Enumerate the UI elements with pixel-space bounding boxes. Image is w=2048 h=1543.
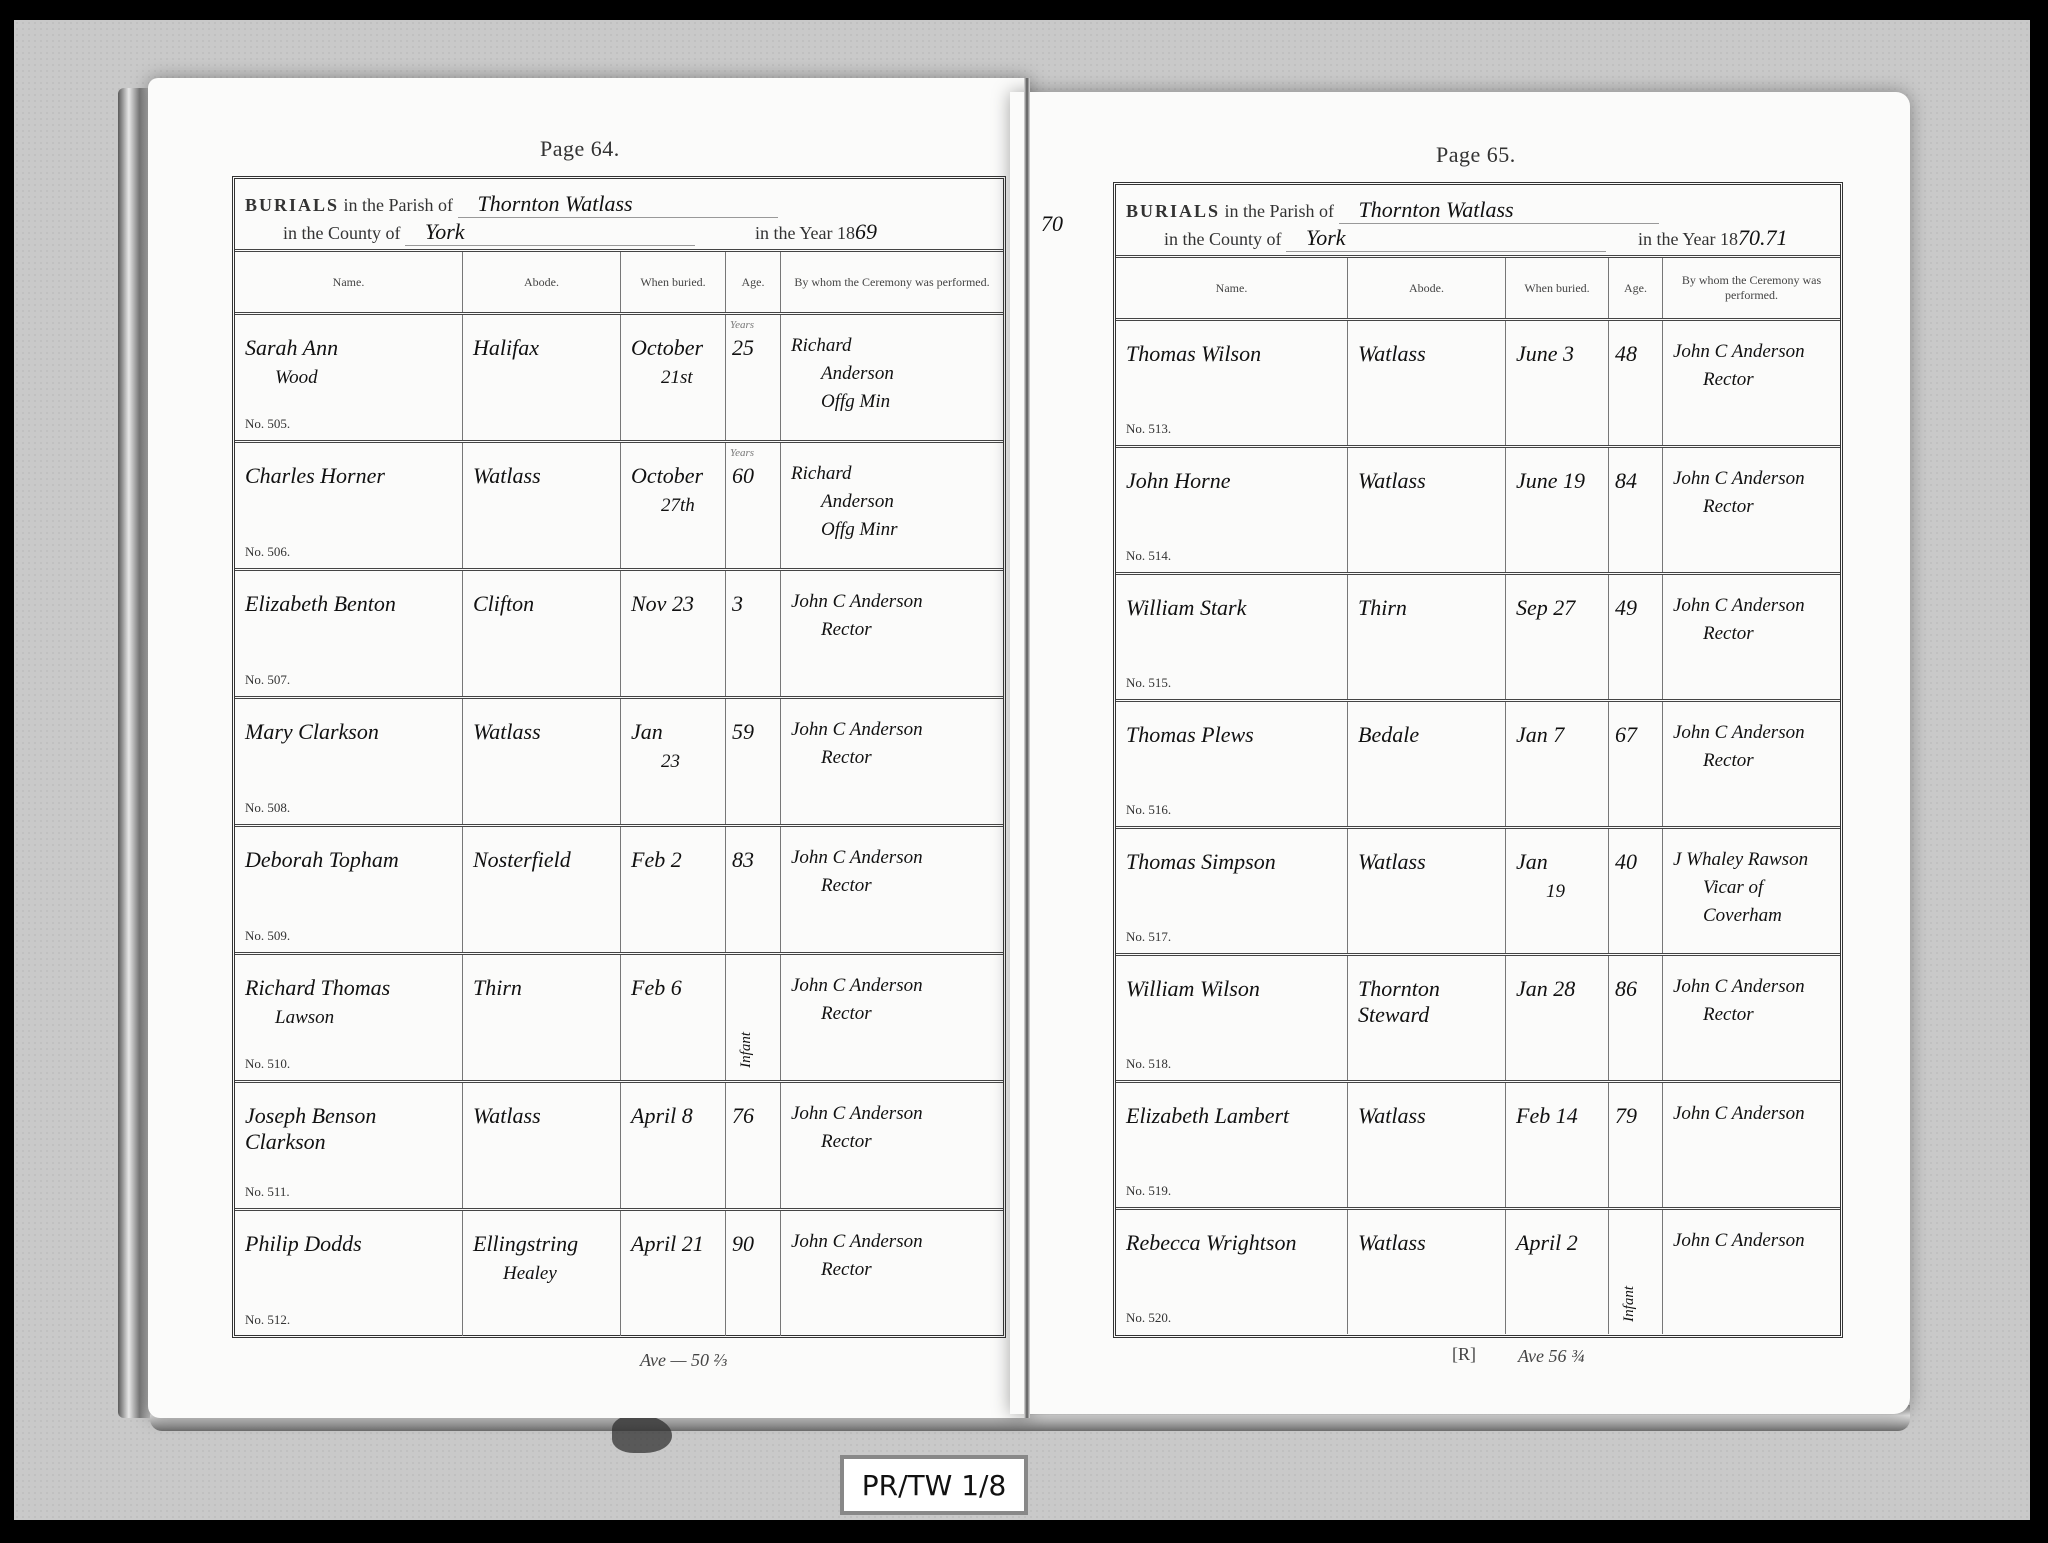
year-label: in the Year 18 <box>755 223 855 243</box>
burial-name: Joseph Benson Clarkson <box>245 1103 376 1154</box>
cell-age: 84 <box>1609 448 1663 572</box>
burial-name: Thomas Simpson <box>1126 849 1276 874</box>
cell-officiant: John C AndersonRector <box>781 571 1003 696</box>
table-row: Elizabeth LambertNo. 519.WatlassFeb 1479… <box>1116 1083 1840 1210</box>
burial-date: June 19 <box>1516 468 1585 493</box>
parish-label: in the Parish of <box>1225 201 1335 221</box>
burial-name: Philip Dodds <box>245 1231 362 1256</box>
col-officiant: By whom the Ceremony was performed. <box>1663 258 1840 318</box>
cell-age: 48 <box>1609 321 1663 445</box>
table-row: Philip DoddsNo. 512.EllingstringHealeyAp… <box>235 1211 1003 1336</box>
register-header: BURIALS in the Parish of Thornton Watlas… <box>1116 185 1840 258</box>
cell-when-buried: Feb 6 <box>621 955 726 1080</box>
table-row: Mary ClarksonNo. 508.WatlassJan2359John … <box>235 699 1003 827</box>
burial-date: October <box>631 335 703 360</box>
table-row: Thomas PlewsNo. 516.BedaleJan 767John C … <box>1116 702 1840 829</box>
burial-date-line2: 23 <box>631 751 717 773</box>
col-age: Age. <box>726 252 781 312</box>
burial-name: Thomas Plews <box>1126 722 1254 747</box>
cell-age: 59 <box>726 699 781 824</box>
table-row: John HorneNo. 514.WatlassJune 1984John C… <box>1116 448 1840 575</box>
burial-name-line2: Wood <box>245 367 454 389</box>
parish-value: Thornton Watlass <box>1339 197 1659 224</box>
age: 49 <box>1615 595 1637 620</box>
burial-name: Sarah Ann <box>245 335 338 360</box>
entry-number: No. 517. <box>1126 929 1171 945</box>
cell-age: 76 <box>726 1083 781 1208</box>
officiant-line2: Rector <box>1673 623 1832 645</box>
table-row: William StarkNo. 515.ThirnSep 2749John C… <box>1116 575 1840 702</box>
year-field: in the Year 1870.71 <box>1638 225 1788 251</box>
officiant-line2: Rector <box>791 1131 995 1153</box>
abode: Thirn <box>1358 595 1407 620</box>
officiant: John C Anderson <box>1673 468 1805 489</box>
abode: Watlass <box>1358 849 1426 874</box>
cell-abode: Watlass <box>1348 1083 1506 1207</box>
cell-officiant: John C AndersonRector <box>781 1083 1003 1208</box>
cell-when-buried: April 8 <box>621 1083 726 1208</box>
entry-number: No. 508. <box>245 800 290 816</box>
officiant: John C Anderson <box>1673 1103 1805 1124</box>
cell-when-buried: Jan 7 <box>1506 702 1609 826</box>
officiant: Richard <box>791 463 852 484</box>
burial-name: Mary Clarkson <box>245 719 379 744</box>
officiant-line3: Offg Minr <box>791 519 995 541</box>
abode: Nosterfield <box>473 847 571 872</box>
cell-name: William StarkNo. 515. <box>1116 575 1348 699</box>
officiant-line3: Coverham <box>1673 905 1832 927</box>
register-header: BURIALS in the Parish of Thornton Watlas… <box>235 179 1003 252</box>
age-note: Years <box>730 447 754 459</box>
cell-name: Thomas SimpsonNo. 517. <box>1116 829 1348 953</box>
col-name: Name. <box>1116 258 1348 318</box>
parish-value: Thornton Watlass <box>458 191 778 218</box>
officiant: Richard <box>791 335 852 356</box>
abode: Ellingstring <box>473 1231 578 1256</box>
burial-date: Jan <box>1516 849 1548 874</box>
cell-abode: Watlass <box>463 1083 621 1208</box>
officiant: John C Anderson <box>791 719 923 740</box>
cell-name: Sarah AnnWoodNo. 505. <box>235 315 463 440</box>
cell-when-buried: Feb 14 <box>1506 1083 1609 1207</box>
cell-when-buried: October21st <box>621 315 726 440</box>
burial-name: John Horne <box>1126 468 1230 493</box>
burial-date-line2: 19 <box>1516 881 1600 903</box>
table-row: Thomas SimpsonNo. 517.WatlassJan1940J Wh… <box>1116 829 1840 956</box>
age: 40 <box>1615 849 1637 874</box>
entry-number: No. 518. <box>1126 1056 1171 1072</box>
cell-age: Infant <box>726 955 781 1080</box>
cell-officiant: John C Anderson <box>1663 1210 1840 1334</box>
abode: Watlass <box>1358 341 1426 366</box>
cell-officiant: John C AndersonRector <box>1663 702 1840 826</box>
cell-abode: Watlass <box>1348 829 1506 953</box>
age-note: Infant <box>1621 1286 1638 1322</box>
cell-name: Philip DoddsNo. 512. <box>235 1211 463 1336</box>
cell-age: 40 <box>1609 829 1663 953</box>
abode-line2: Healey <box>473 1263 612 1285</box>
cell-abode: Halifax <box>463 315 621 440</box>
register-rows: Sarah AnnWoodNo. 505.HalifaxOctober21st2… <box>235 315 1003 1336</box>
entry-number: No. 511. <box>245 1184 290 1200</box>
printer-mark: [R] <box>1452 1344 1476 1365</box>
cell-officiant: John C Anderson <box>1663 1083 1840 1207</box>
burial-date-line2: 21st <box>631 367 717 389</box>
cell-name: John HorneNo. 514. <box>1116 448 1348 572</box>
cell-when-buried: Feb 2 <box>621 827 726 952</box>
burial-date: October <box>631 463 703 488</box>
cell-abode: Thornton Steward <box>1348 956 1506 1080</box>
county-value: York <box>1286 225 1606 252</box>
burial-date: Nov 23 <box>631 591 694 616</box>
register-rows: Thomas WilsonNo. 513.WatlassJune 348John… <box>1116 321 1840 1334</box>
officiant: John C Anderson <box>791 1103 923 1124</box>
burial-name: William Stark <box>1126 595 1246 620</box>
table-row: Charles HornerNo. 506.WatlassOctober27th… <box>235 443 1003 571</box>
abode: Thornton Steward <box>1358 976 1440 1027</box>
age: 86 <box>1615 976 1637 1001</box>
col-age: Age. <box>1609 258 1663 318</box>
age: 90 <box>732 1231 754 1256</box>
table-row: William WilsonNo. 518.Thornton StewardJa… <box>1116 956 1840 1083</box>
book-gutter <box>1024 78 1030 1418</box>
cell-name: Mary ClarksonNo. 508. <box>235 699 463 824</box>
officiant: John C Anderson <box>791 1231 923 1252</box>
entry-number: No. 507. <box>245 672 290 688</box>
cell-age: 3 <box>726 571 781 696</box>
officiant-line2: Rector <box>1673 750 1832 772</box>
cell-age: 86 <box>1609 956 1663 1080</box>
officiant: John C Anderson <box>791 847 923 868</box>
col-when-buried: When buried. <box>1506 258 1609 318</box>
cell-age: 25Years <box>726 315 781 440</box>
abode: Watlass <box>473 719 541 744</box>
officiant-line2: Anderson <box>791 491 995 513</box>
officiant: John C Anderson <box>1673 976 1805 997</box>
year-margin-note: 70 <box>1041 211 1063 237</box>
cell-officiant: John C AndersonRector <box>1663 321 1840 445</box>
officiant-line2: Rector <box>791 1259 995 1281</box>
cell-abode: Watlass <box>1348 321 1506 445</box>
cell-age: 49 <box>1609 575 1663 699</box>
year-label: in the Year 18 <box>1638 229 1738 249</box>
burial-name-line2: Lawson <box>245 1007 454 1029</box>
cell-name: William WilsonNo. 518. <box>1116 956 1348 1080</box>
burial-name: Elizabeth Benton <box>245 591 396 616</box>
cell-when-buried: April 21 <box>621 1211 726 1336</box>
burial-name: Charles Horner <box>245 463 385 488</box>
entry-number: No. 509. <box>245 928 290 944</box>
abode: Thirn <box>473 975 522 1000</box>
abode: Watlass <box>1358 1230 1426 1255</box>
officiant-line2: Rector <box>791 1003 995 1025</box>
county-value: York <box>405 219 695 246</box>
cell-name: Elizabeth BentonNo. 507. <box>235 571 463 696</box>
burial-name: Thomas Wilson <box>1126 341 1261 366</box>
age: 60 <box>732 463 754 488</box>
cell-when-buried: Jan19 <box>1506 829 1609 953</box>
burial-date: Feb 2 <box>631 847 682 872</box>
age: 79 <box>1615 1103 1637 1128</box>
officiant: John C Anderson <box>1673 722 1805 743</box>
column-headers: Name. Abode. When buried. Age. By whom t… <box>235 252 1003 315</box>
age: 83 <box>732 847 754 872</box>
county-label: in the County of <box>1164 229 1282 249</box>
page-number-right: Page 65. <box>1436 142 1516 168</box>
cell-when-buried: April 2 <box>1506 1210 1609 1334</box>
cell-officiant: RichardAndersonOffg Minr <box>781 443 1003 568</box>
burial-name: Rebecca Wrightson <box>1126 1230 1296 1255</box>
officiant-line2: Vicar of <box>1673 877 1832 899</box>
col-name: Name. <box>235 252 463 312</box>
burial-date: Jan 7 <box>1516 722 1564 747</box>
officiant: John C Anderson <box>1673 1230 1805 1251</box>
entry-number: No. 510. <box>245 1056 290 1072</box>
cell-officiant: John C AndersonRector <box>781 1211 1003 1336</box>
cell-officiant: J Whaley RawsonVicar ofCoverham <box>1663 829 1840 953</box>
officiant-line2: Anderson <box>791 363 995 385</box>
age: 84 <box>1615 468 1637 493</box>
abode: Watlass <box>473 1103 541 1128</box>
age: 3 <box>732 591 743 616</box>
col-abode: Abode. <box>1348 258 1506 318</box>
officiant-line2: Rector <box>791 747 995 769</box>
entry-number: No. 514. <box>1126 548 1171 564</box>
footer-note-right: Ave 56 ¾ <box>1518 1346 1584 1367</box>
abode: Clifton <box>473 591 534 616</box>
table-row: Thomas WilsonNo. 513.WatlassJune 348John… <box>1116 321 1840 448</box>
burial-register-left: BURIALS in the Parish of Thornton Watlas… <box>232 176 1006 1338</box>
cell-abode: Nosterfield <box>463 827 621 952</box>
cell-officiant: John C AndersonRector <box>781 699 1003 824</box>
cell-name: Thomas WilsonNo. 513. <box>1116 321 1348 445</box>
col-abode: Abode. <box>463 252 621 312</box>
entry-number: No. 515. <box>1126 675 1171 691</box>
cell-when-buried: Nov 23 <box>621 571 726 696</box>
officiant: John C Anderson <box>1673 341 1805 362</box>
cell-age: 60Years <box>726 443 781 568</box>
officiant-line3: Offg Min <box>791 391 995 413</box>
burial-date: June 3 <box>1516 341 1574 366</box>
burial-register-right: BURIALS in the Parish of Thornton Watlas… <box>1113 182 1843 1338</box>
footer-note-left: Ave — 50 ⅔ <box>640 1350 727 1371</box>
damage-stain <box>612 1415 672 1453</box>
cell-when-buried: Sep 27 <box>1506 575 1609 699</box>
cell-name: Joseph Benson ClarksonNo. 511. <box>235 1083 463 1208</box>
entry-number: No. 519. <box>1126 1183 1171 1199</box>
entry-number: No. 505. <box>245 416 290 432</box>
burial-date: Sep 27 <box>1516 595 1575 620</box>
cell-age: 90 <box>726 1211 781 1336</box>
parish-label: in the Parish of <box>344 195 454 215</box>
cell-abode: Watlass <box>463 443 621 568</box>
entry-number: No. 520. <box>1126 1310 1171 1326</box>
burial-name: Richard Thomas <box>245 975 390 1000</box>
entry-number: No. 512. <box>245 1312 290 1328</box>
cell-abode: EllingstringHealey <box>463 1211 621 1336</box>
cell-officiant: John C AndersonRector <box>781 955 1003 1080</box>
abode: Watlass <box>473 463 541 488</box>
officiant: John C Anderson <box>791 975 923 996</box>
officiant: J Whaley Rawson <box>1673 849 1808 870</box>
burial-date: Feb 6 <box>631 975 682 1000</box>
burial-date: April 8 <box>631 1103 693 1128</box>
cell-officiant: John C AndersonRector <box>781 827 1003 952</box>
officiant-line2: Rector <box>1673 496 1832 518</box>
officiant: John C Anderson <box>1673 595 1805 616</box>
cell-abode: Clifton <box>463 571 621 696</box>
cell-when-buried: October27th <box>621 443 726 568</box>
officiant-line2: Rector <box>791 619 995 641</box>
age: 25 <box>732 335 754 360</box>
cell-name: Rebecca WrightsonNo. 520. <box>1116 1210 1348 1334</box>
cell-abode: Watlass <box>1348 1210 1506 1334</box>
age: 67 <box>1615 722 1637 747</box>
burials-label: BURIALS <box>245 195 339 215</box>
abode: Bedale <box>1358 722 1419 747</box>
age-note: Infant <box>738 1032 755 1068</box>
burial-date: Jan <box>631 719 663 744</box>
officiant-line2: Rector <box>1673 369 1832 391</box>
burial-date-line2: 27th <box>631 495 717 517</box>
column-headers: Name. Abode. When buried. Age. By whom t… <box>1116 258 1840 321</box>
archive-reference-label: PR/TW 1/8 <box>840 1455 1028 1515</box>
age: 76 <box>732 1103 754 1128</box>
officiant-line2: Rector <box>791 875 995 897</box>
cell-age: 79 <box>1609 1083 1663 1207</box>
table-row: Rebecca WrightsonNo. 520.WatlassApril 2I… <box>1116 1210 1840 1334</box>
cell-abode: Bedale <box>1348 702 1506 826</box>
burial-date: April 2 <box>1516 1230 1578 1255</box>
cell-name: Deborah TophamNo. 509. <box>235 827 463 952</box>
cell-name: Elizabeth LambertNo. 519. <box>1116 1083 1348 1207</box>
cell-officiant: John C AndersonRector <box>1663 448 1840 572</box>
cell-name: Charles HornerNo. 506. <box>235 443 463 568</box>
burial-name: Elizabeth Lambert <box>1126 1103 1289 1128</box>
burial-name: William Wilson <box>1126 976 1260 1001</box>
burial-name: Deborah Topham <box>245 847 399 872</box>
burials-label: BURIALS <box>1126 201 1220 221</box>
cell-age: 83 <box>726 827 781 952</box>
cell-abode: Watlass <box>463 699 621 824</box>
col-when-buried: When buried. <box>621 252 726 312</box>
age: 59 <box>732 719 754 744</box>
cell-name: Richard ThomasLawsonNo. 510. <box>235 955 463 1080</box>
table-row: Richard ThomasLawsonNo. 510.ThirnFeb 6In… <box>235 955 1003 1083</box>
table-row: Joseph Benson ClarksonNo. 511.WatlassApr… <box>235 1083 1003 1211</box>
cell-officiant: RichardAndersonOffg Min <box>781 315 1003 440</box>
cell-abode: Thirn <box>1348 575 1506 699</box>
col-officiant: By whom the Ceremony was performed. <box>781 252 1003 312</box>
cell-age: 67 <box>1609 702 1663 826</box>
table-row: Sarah AnnWoodNo. 505.HalifaxOctober21st2… <box>235 315 1003 443</box>
abode: Watlass <box>1358 468 1426 493</box>
cell-when-buried: Jan23 <box>621 699 726 824</box>
cell-when-buried: June 19 <box>1506 448 1609 572</box>
year-value: 69 <box>855 219 877 244</box>
table-row: Elizabeth BentonNo. 507.CliftonNov 233Jo… <box>235 571 1003 699</box>
cell-officiant: John C AndersonRector <box>1663 956 1840 1080</box>
entry-number: No. 513. <box>1126 421 1171 437</box>
year-value: 70.71 <box>1738 225 1788 250</box>
table-row: Deborah TophamNo. 509.NosterfieldFeb 283… <box>235 827 1003 955</box>
cell-age: Infant <box>1609 1210 1663 1334</box>
cell-when-buried: June 3 <box>1506 321 1609 445</box>
officiant: John C Anderson <box>791 591 923 612</box>
year-field: in the Year 1869 <box>755 219 877 245</box>
cell-when-buried: Jan 28 <box>1506 956 1609 1080</box>
cell-abode: Watlass <box>1348 448 1506 572</box>
entry-number: No. 506. <box>245 544 290 560</box>
burial-date: Jan 28 <box>1516 976 1575 1001</box>
burial-date: April 21 <box>631 1231 704 1256</box>
page-number-left: Page 64. <box>540 136 620 162</box>
abode: Watlass <box>1358 1103 1426 1128</box>
cell-officiant: John C AndersonRector <box>1663 575 1840 699</box>
age-note: Years <box>730 319 754 331</box>
burial-date: Feb 14 <box>1516 1103 1578 1128</box>
entry-number: No. 516. <box>1126 802 1171 818</box>
county-label: in the County of <box>283 223 401 243</box>
age: 48 <box>1615 341 1637 366</box>
abode: Halifax <box>473 335 539 360</box>
cell-abode: Thirn <box>463 955 621 1080</box>
officiant-line2: Rector <box>1673 1004 1832 1026</box>
cell-name: Thomas PlewsNo. 516. <box>1116 702 1348 826</box>
